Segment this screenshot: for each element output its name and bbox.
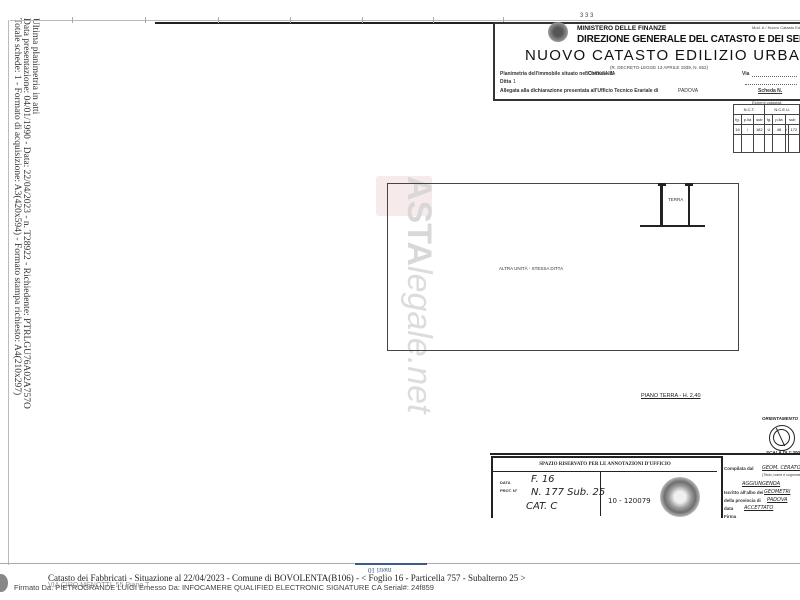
data-label: DATA (500, 480, 511, 485)
prot-label: PROT. N° (500, 488, 517, 493)
albo-value: GEOMETRI (764, 489, 790, 495)
ufficio-value: PADOVA (678, 88, 698, 94)
via-label: Via (742, 71, 749, 77)
table-cell: 16 (734, 125, 742, 135)
top-marks: 3 3 3 (580, 13, 593, 19)
room-label: TERRA (668, 197, 683, 202)
table-cell: / (741, 125, 753, 135)
categoria-value: CAT. C (526, 501, 557, 512)
left-frame-line (8, 20, 9, 565)
table-cell (754, 135, 765, 153)
plan-wall (660, 183, 663, 226)
table-cell: 182 (754, 125, 765, 135)
compiled-by-label: Compilata dal (724, 466, 754, 471)
compiler-block: Compilata dal GEOM. CERATO (Titolo, nome… (722, 458, 800, 516)
protocol-number: 10 - 120079 (608, 497, 651, 505)
table-cell: U (765, 125, 773, 135)
table-cell (765, 135, 773, 153)
frame-tick (433, 17, 434, 23)
frame-tick (72, 17, 73, 23)
registered-value: AGGIUNGENDA (742, 481, 780, 487)
frame-tick (362, 17, 363, 23)
presentation-info: Data presentazione: 04/01/1990 - Data: 2… (21, 18, 31, 409)
cadastral-reference-table: N.C.T. N.C.E.U. fg. p.lla sub fg. p.lla … (733, 104, 800, 153)
table-cell (788, 135, 799, 153)
provincia-label: della provincia di (724, 498, 761, 503)
acquisition-info: Totale schede: 1 - Formato di acquisizio… (12, 18, 22, 395)
frame-tick (145, 17, 146, 23)
floor-label: PIANO TERRA - H. 2,40 (641, 393, 701, 399)
col-header: sub (785, 115, 799, 125)
legal-reference: (R. DECRETO-LEGGE 13 APRILE 1939, N. 652… (610, 65, 708, 70)
door-jamb (685, 183, 693, 186)
table-cell (773, 135, 785, 153)
table-cell: 48 (773, 125, 785, 135)
adjacent-unit-label: ALTRA UNITÀ - STESSA DITTA (499, 266, 563, 271)
col-header: fg. (765, 115, 773, 125)
compiler-name: GEOM. CERATO (762, 465, 800, 471)
nceu-group: N.C.E.U. (765, 105, 800, 115)
compass-icon (769, 425, 795, 451)
nct-group: N.C.T. (734, 105, 765, 115)
iscritto-label: Iscritto all'albo dei (724, 490, 763, 495)
ministero-label: MINISTERO DELLE FINANZE (577, 25, 666, 32)
office-stamp-icon (660, 477, 700, 517)
ditta-value: 1 (513, 79, 516, 85)
orientation-label: ORIENTAMENTO (762, 416, 798, 421)
col-header: sub (754, 115, 765, 125)
table-cell (741, 135, 753, 153)
foglio-value: F. 16 (531, 474, 555, 485)
compiled-date-label: data (724, 506, 733, 511)
annotation-top-line (490, 453, 800, 455)
table-cell (734, 135, 742, 153)
annotations-title: SPAZIO RISERVATO PER LE ANNOTAZIONI D'UF… (493, 459, 717, 472)
col-header: p.lla (773, 115, 785, 125)
door-jamb (658, 183, 666, 186)
firma-label: Firma (724, 514, 736, 519)
frame-tick (290, 17, 291, 23)
document-title: NUOVO CATASTO EDILIZIO URBANO (525, 47, 800, 64)
top-border-line (155, 22, 495, 24)
ditta-field-line (745, 84, 797, 85)
plan-wall (640, 225, 705, 227)
col-header: p.lla (741, 115, 753, 125)
scale-bar (355, 563, 427, 565)
ditta-label: Ditta (500, 79, 511, 85)
allegata-label: Allegata alla dichiarazione presentata a… (500, 88, 658, 94)
comune-value: BOVOLENTA (585, 71, 615, 77)
numero-value: N. 177 Sub. 25 (531, 487, 605, 498)
signature-value: ACCETTATO (744, 505, 773, 511)
plan-wall (688, 183, 690, 226)
digital-signature-line: Firmato Da: PIETROGRANDE LUIGI Emesso Da… (14, 583, 434, 592)
republic-emblem-icon (548, 22, 568, 42)
model-note: Mod. A / Nuovo Catasto Edilizio (752, 25, 800, 30)
compiler-note: (Titolo, nome e cognome del tecnico) (762, 473, 800, 477)
direzione-label: DIREZIONE GENERALE DEL CATASTO E DEI SER… (577, 34, 800, 45)
last-planimetry-label: Ultima planimetria in atti (30, 18, 40, 114)
col-header: fg. (734, 115, 742, 125)
frame-tick (218, 17, 219, 23)
table-cell: 172 (788, 125, 799, 135)
scheda-label: Scheda N. (758, 88, 782, 94)
signature-seal-icon (0, 574, 8, 592)
top-frame-line (10, 20, 800, 21)
via-field-line (752, 76, 797, 77)
provincia-value: PADOVA (767, 497, 787, 503)
